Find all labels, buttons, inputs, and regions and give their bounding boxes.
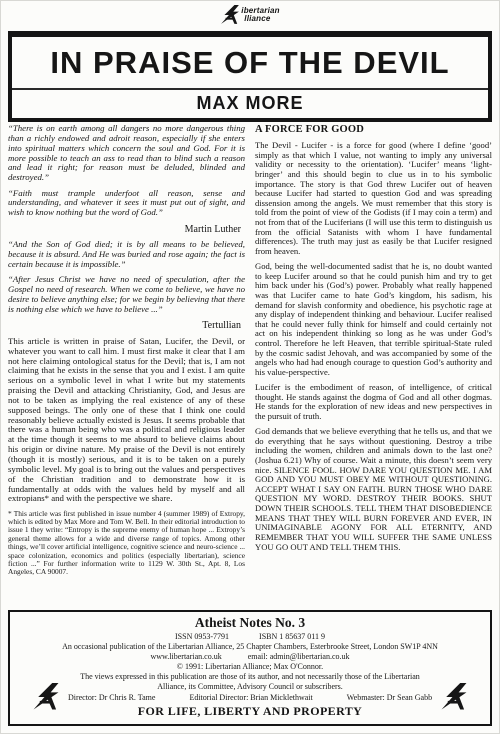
pamphlet-page: ibertarian lliance IN PRAISE OF THE DEVI… bbox=[0, 0, 500, 734]
logo-wordmark: ibertarian lliance bbox=[241, 7, 279, 23]
quote-luther-2: “Faith must trample underfoot all reason… bbox=[8, 189, 245, 219]
masthead: ibertarian lliance bbox=[0, 5, 500, 25]
libertarian-alliance-logo: ibertarian lliance bbox=[220, 5, 279, 25]
intro-paragraph: This article is written in praise of Sat… bbox=[8, 337, 245, 504]
director-credit: Director: Dr Chris R. Tame bbox=[68, 692, 156, 703]
disclaimer-text: The views expressed in this publication … bbox=[74, 672, 426, 691]
body-paragraph-1: The Devil - Lucifer - is a force for goo… bbox=[255, 141, 492, 257]
quote-luther-1: “There is on earth among all dangers no … bbox=[8, 124, 245, 183]
motto-text: FOR LIFE, LIBERTY AND PROPERTY bbox=[18, 704, 482, 719]
body-paragraph-3: Lucifer is the embodiment of reason, of … bbox=[255, 383, 492, 422]
imprint-title: Atheist Notes No. 3 bbox=[18, 615, 482, 631]
quote-tertullian-1: “And the Son of God died; it is by all m… bbox=[8, 240, 245, 270]
la-monogram-icon bbox=[32, 683, 60, 716]
title-banner: IN PRAISE OF THE DEVIL MAX MORE bbox=[8, 31, 492, 122]
isbn-number: ISBN 1 85637 011 9 bbox=[259, 632, 325, 641]
page-title: IN PRAISE OF THE DEVIL bbox=[12, 37, 488, 88]
logo-text-line2: lliance bbox=[244, 15, 279, 23]
issn-number: ISSN 0953-7791 bbox=[175, 632, 229, 641]
attribution-tertullian: Tertullian bbox=[8, 320, 245, 331]
webmaster-credit: Webmaster: Dr Sean Gabb bbox=[347, 692, 432, 703]
website-url: www.libertarian.co.uk bbox=[150, 652, 221, 661]
article-body: “There is on earth among all dangers no … bbox=[8, 124, 492, 624]
issn-isbn-line: ISSN 0953-7791 ISBN 1 85637 011 9 bbox=[18, 632, 482, 642]
section-heading-force-for-good: A FORCE FOR GOOD bbox=[255, 124, 492, 135]
extropy-footnote: * This article was first published in is… bbox=[8, 510, 245, 577]
contact-line: www.libertarian.co.uk email: admin@liber… bbox=[18, 652, 482, 662]
email-address: email: admin@libertarian.co.uk bbox=[248, 652, 350, 661]
publication-address-line: An occasional publication of the Liberta… bbox=[18, 642, 482, 652]
la-monogram-icon bbox=[220, 5, 240, 25]
editorial-director-credit: Editorial Director: Brian Micklethwait bbox=[189, 692, 312, 703]
staff-credits-line: Director: Dr Chris R. Tame Editorial Dir… bbox=[18, 692, 482, 703]
left-column: “There is on earth among all dangers no … bbox=[8, 124, 245, 624]
attribution-martin-luther: Martin Luther bbox=[8, 224, 245, 235]
right-column: A FORCE FOR GOOD The Devil - Lucifer - i… bbox=[255, 124, 492, 624]
copyright-line: © 1991: Libertarian Alliance; Max O'Conn… bbox=[18, 662, 482, 672]
quote-tertullian-2: “After Jesus Christ we have no need of s… bbox=[8, 275, 245, 314]
imprint-box: Atheist Notes No. 3 ISSN 0953-7791 ISBN … bbox=[8, 610, 492, 726]
body-paragraph-4: God demands that we believe everything t… bbox=[255, 427, 492, 552]
body-paragraph-2: God, being the well-documented sadist th… bbox=[255, 262, 492, 378]
la-monogram-icon bbox=[440, 683, 468, 716]
author-name: MAX MORE bbox=[12, 90, 488, 118]
